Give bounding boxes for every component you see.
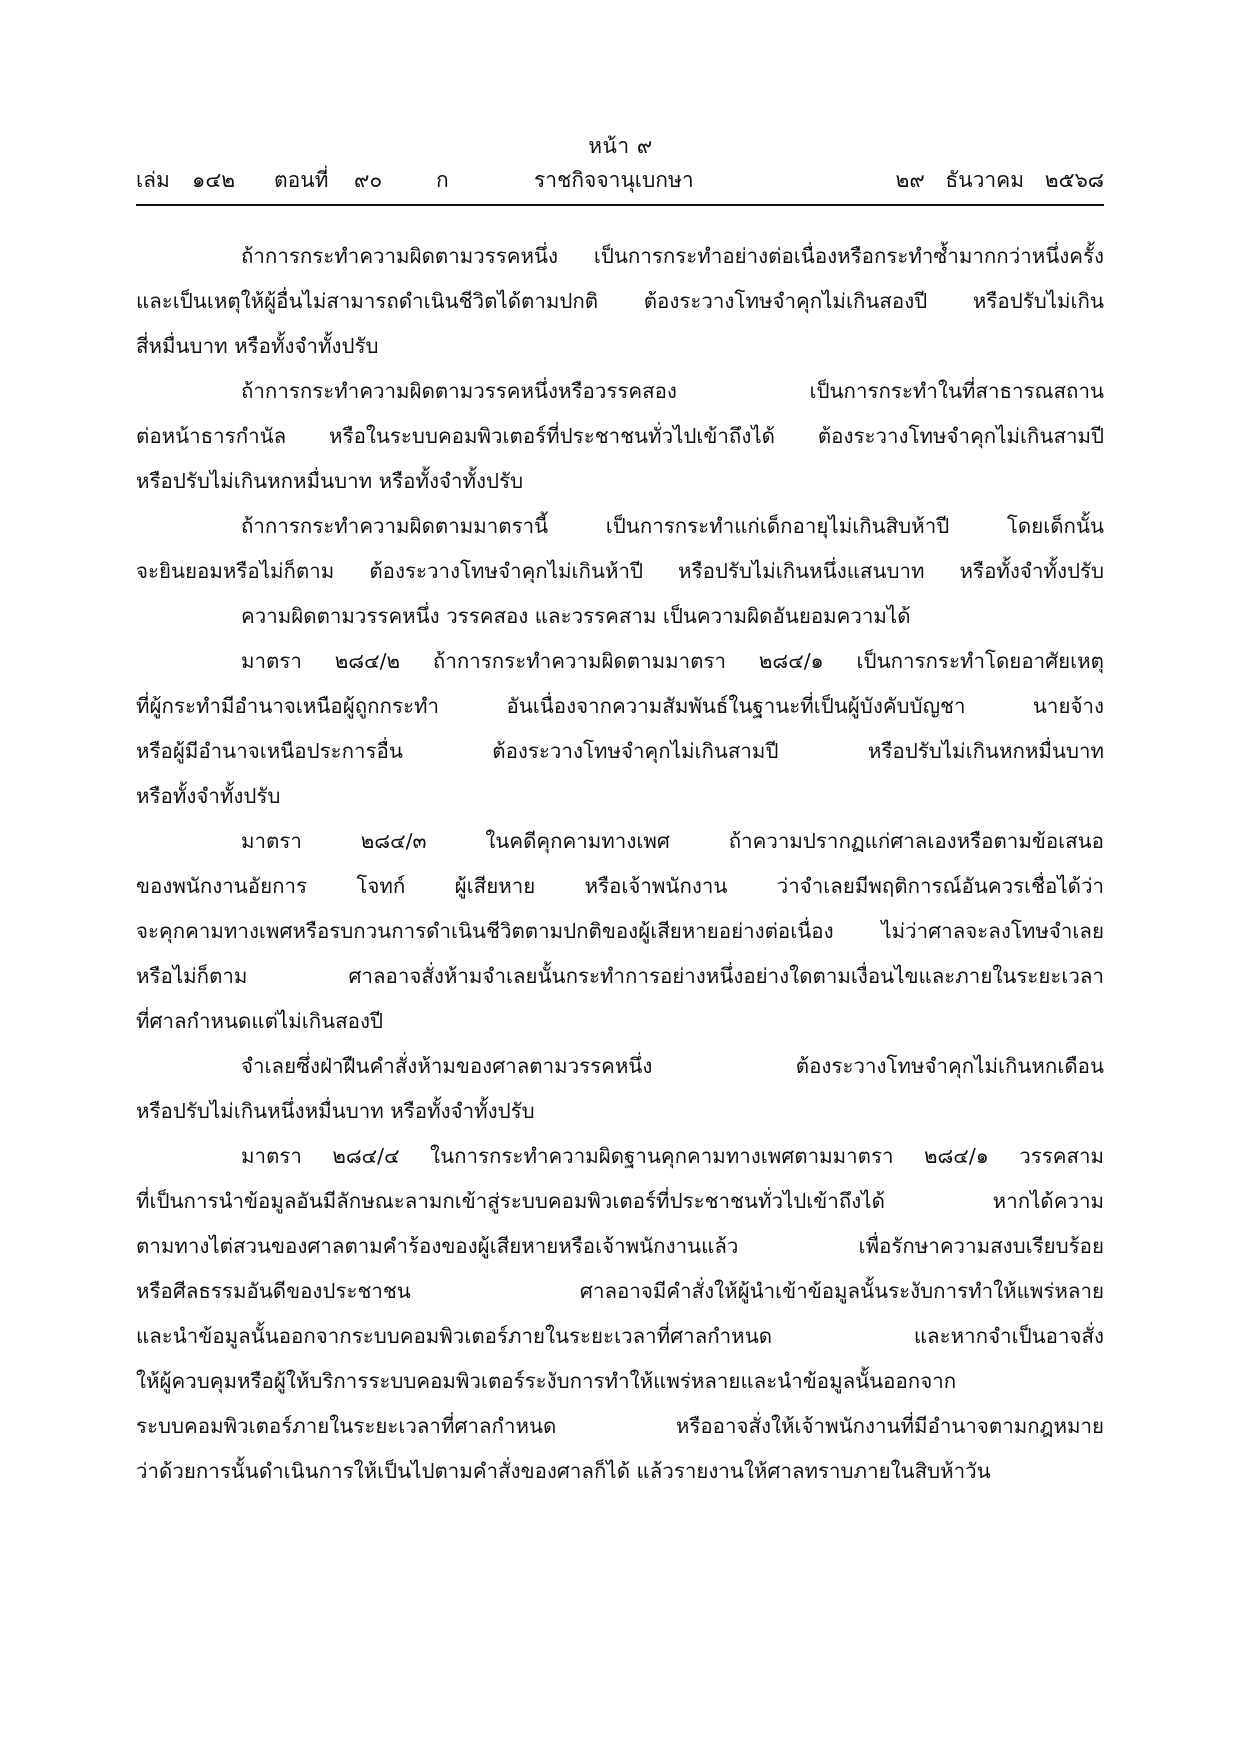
section-letter: ก — [436, 164, 449, 197]
text-line: หรือทั้งจำทั้งปรับ — [136, 774, 1104, 819]
text-line: จำเลยซึ่งฝ่าฝืนคำสั่งห้ามของศาลตามวรรคหน… — [136, 1044, 1104, 1089]
text-line: ต่อหน้าธารกำนัล หรือในระบบคอมพิวเตอร์ที่… — [136, 414, 1104, 459]
paragraph: จำเลยซึ่งฝ่าฝืนคำสั่งห้ามของศาลตามวรรคหน… — [136, 1044, 1104, 1134]
document-body: ถ้าการกระทำความผิดตามวรรคหนึ่ง เป็นการกร… — [136, 234, 1104, 1494]
text-line: จะคุกคามทางเพศหรือรบกวนการดำเนินชีวิตตาม… — [136, 909, 1104, 954]
text-line: สี่หมื่นบาท หรือทั้งจำทั้งปรับ — [136, 324, 1104, 369]
text-line: มาตรา ๒๘๔/๒ ถ้าการกระทำความผิดตามมาตรา ๒… — [136, 639, 1104, 684]
text-line: ของพนักงานอัยการ โจทก์ ผู้เสียหาย หรือเจ… — [136, 864, 1104, 909]
text-line: มาตรา ๒๘๔/๔ ในการกระทำความผิดฐานคุกคามทา… — [136, 1134, 1104, 1179]
paragraph: ถ้าการกระทำความผิดตามมาตรานี้ เป็นการกระ… — [136, 504, 1104, 594]
text-line: หรือปรับไม่เกินหนึ่งหมื่นบาท หรือทั้งจำท… — [136, 1089, 1104, 1134]
text-line: ที่ศาลกำหนดแต่ไม่เกินสองปี — [136, 999, 1104, 1044]
text-line: ถ้าการกระทำความผิดตามวรรคหนึ่งหรือวรรคสอ… — [136, 369, 1104, 414]
paragraph: ถ้าการกระทำความผิดตามวรรคหนึ่งหรือวรรคสอ… — [136, 369, 1104, 504]
paragraph: ถ้าการกระทำความผิดตามวรรคหนึ่ง เป็นการกร… — [136, 234, 1104, 369]
text-line: มาตรา ๒๘๔/๓ ในคดีคุกคามทางเพศ ถ้าความปรา… — [136, 819, 1104, 864]
paragraph: ความผิดตามวรรคหนึ่ง วรรคสอง และวรรคสาม เ… — [136, 594, 1104, 639]
section-284-4: มาตรา ๒๘๔/๔ ในการกระทำความผิดฐานคุกคามทา… — [136, 1134, 1104, 1494]
text-line: และเป็นเหตุให้ผู้อื่นไม่สามารถดำเนินชีวิ… — [136, 279, 1104, 324]
text-line: หรือผู้มีอำนาจเหนือประการอื่น ต้องระวางโ… — [136, 729, 1104, 774]
issue-number: ๙๐ — [354, 164, 382, 197]
gazette-name: ราชกิจจานุเบกษา — [534, 164, 694, 197]
text-line: ที่เป็นการนำข้อมูลอันมีลักษณะลามกเข้าสู่… — [136, 1179, 1104, 1224]
page-number: หน้า ๙ — [0, 130, 1241, 163]
text-line: ความผิดตามวรรคหนึ่ง วรรคสอง และวรรคสาม เ… — [136, 594, 1104, 639]
text-line: ถ้าการกระทำความผิดตามวรรคหนึ่ง เป็นการกร… — [136, 234, 1104, 279]
text-line: หรือศีลธรรมอันดีของประชาชน ศาลอาจมีคำสั่… — [136, 1269, 1104, 1314]
section-284-3: มาตรา ๒๘๔/๓ ในคดีคุกคามทางเพศ ถ้าความปรา… — [136, 819, 1104, 1044]
volume-label: เล่ม — [136, 164, 170, 197]
text-line: และนำข้อมูลนั้นออกจากระบบคอมพิวเตอร์ภายใ… — [136, 1314, 1104, 1359]
text-line: ถ้าการกระทำความผิดตามมาตรานี้ เป็นการกระ… — [136, 504, 1104, 549]
text-line: ที่ผู้กระทำมีอำนาจเหนือผู้ถูกกระทำ อันเน… — [136, 684, 1104, 729]
text-line: หรือปรับไม่เกินหกหมื่นบาท หรือทั้งจำทั้ง… — [136, 459, 1104, 504]
section-284-2: มาตรา ๒๘๔/๒ ถ้าการกระทำความผิดตามมาตรา ๒… — [136, 639, 1104, 819]
volume-number: ๑๔๒ — [192, 164, 235, 197]
header-rule — [136, 204, 1104, 206]
gazette-header: เล่ม ๑๔๒ ตอนที่ ๙๐ ก ราชกิจจานุเบกษา ๒๙ … — [136, 164, 1104, 198]
text-line: ระบบคอมพิวเตอร์ภายในระยะเวลาที่ศาลกำหนด … — [136, 1404, 1104, 1449]
text-line: หรือไม่ก็ตาม ศาลอาจสั่งห้ามจำเลยนั้นกระท… — [136, 954, 1104, 999]
text-line: ให้ผู้ควบคุมหรือผู้ให้บริการระบบคอมพิวเต… — [136, 1359, 1104, 1404]
publication-date: ๒๙ ธันวาคม ๒๕๖๘ — [896, 164, 1105, 197]
text-line: ว่าด้วยการนั้นดำเนินการให้เป็นไปตามคำสั่… — [136, 1449, 1104, 1494]
issue-label: ตอนที่ — [274, 164, 328, 197]
text-line: จะยินยอมหรือไม่ก็ตาม ต้องระวางโทษจำคุกไม… — [136, 549, 1104, 594]
text-line: ตามทางไต่สวนของศาลตามคำร้องของผู้เสียหาย… — [136, 1224, 1104, 1269]
